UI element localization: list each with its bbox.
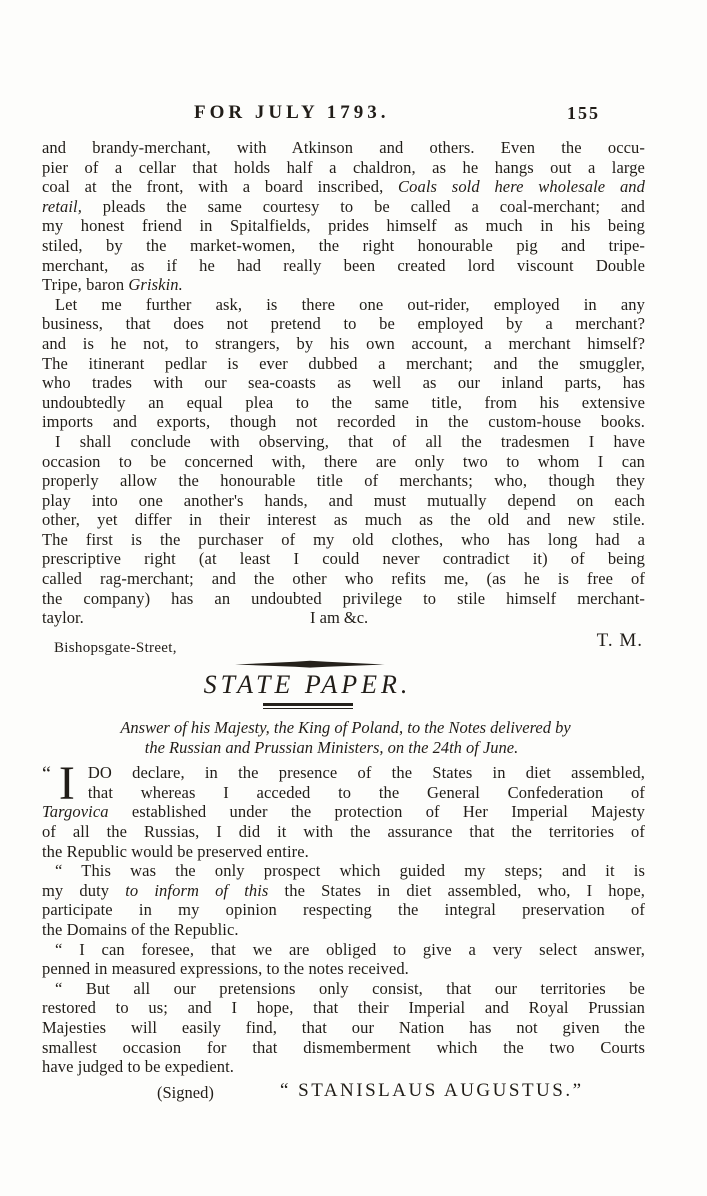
text-segment: smallest occasion for that dismemberment… (42, 1038, 645, 1057)
text-segment: Tripe, baron (42, 275, 128, 294)
state-paper-body: “ This was the only prospect which guide… (42, 861, 645, 1077)
text-segment: “ But all our pretensions only consist, … (55, 979, 645, 998)
text-segment: to inform of this (125, 881, 268, 900)
text-segment: business, that does not pretend to be em… (42, 314, 645, 333)
text-segment: Let me further ask, is there one out-rid… (55, 295, 645, 314)
signature-place: Bishopsgate-Street, (54, 640, 177, 657)
text-segment: my duty (42, 881, 125, 900)
letter-signature: Bishopsgate-Street, T. M. (42, 630, 645, 656)
letter-body: and brandy-merchant, with Atkinson and o… (42, 138, 645, 608)
text-line: retail, pleads the same courtesy to be c… (42, 197, 645, 217)
letter-closing: taylor. I am &c. (42, 608, 645, 628)
text-line: Majesties will easily find, that our Nat… (42, 1018, 645, 1038)
page-content: and brandy-merchant, with Atkinson and o… (0, 0, 707, 1104)
text-line: DO declare, in the presence of the State… (42, 763, 645, 783)
text-segment: of all the Russias, I did it with the as… (42, 822, 645, 841)
text-line: occasion to be concerned with, there are… (42, 452, 645, 472)
text-segment: stiled, by the market-women, the right h… (42, 236, 645, 255)
first-paragraph-lines: DO declare, in the presence of the State… (42, 763, 645, 861)
text-line: merchant, as if he had really been creat… (42, 256, 645, 276)
text-line: the Republic would be preserved entire. (42, 842, 645, 862)
text-line: undoubtedly an equal plea to the same ti… (42, 393, 645, 413)
text-segment: and is he not, to strangers, by his own … (42, 334, 645, 353)
text-segment: Griskin. (128, 275, 182, 294)
text-segment: properly allow the honourable title of m… (42, 471, 645, 490)
text-line: The first is the purchaser of my old clo… (42, 530, 645, 550)
text-segment: The itinerant pedlar is ever dubbed a me… (42, 354, 645, 373)
text-segment: coal at the front, with a board inscribe… (42, 177, 398, 196)
text-line: who trades with our sea-coasts as well a… (42, 373, 645, 393)
text-line: The itinerant pedlar is ever dubbed a me… (42, 354, 645, 374)
text-segment: Targovica (42, 802, 109, 821)
text-line: have judged to be expedient. (42, 1057, 645, 1077)
document-page: FOR JULY 1793. 155 and brandy-merchant, … (0, 0, 707, 1196)
text-line: restored to us; and I hope, that their I… (42, 998, 645, 1018)
text-segment: undoubtedly an equal plea to the same ti… (42, 393, 645, 412)
text-line: prescriptive right (at least I could nev… (42, 549, 645, 569)
text-line: called rag-merchant; and the other who r… (42, 569, 645, 589)
section-title: STATE PAPER. (6, 669, 609, 701)
text-segment: my honest friend in Spitalfields, prides… (42, 216, 645, 235)
text-segment: imports and exports, though not recorded… (42, 412, 645, 431)
text-line: and is he not, to strangers, by his own … (42, 334, 645, 354)
heading-line: Answer of his Majesty, the King of Polan… (44, 718, 647, 738)
text-segment: and brandy-merchant, with Atkinson and o… (42, 138, 645, 157)
text-line: play into one another's hands, and must … (42, 491, 645, 511)
text-segment: “ I can foresee, that we are obliged to … (55, 940, 645, 959)
text-segment: Majesties will easily find, that our Nat… (42, 1018, 645, 1037)
text-segment: play into one another's hands, and must … (42, 491, 645, 510)
text-line: imports and exports, though not recorded… (42, 412, 645, 432)
text-line: penned in measured expressions, to the n… (42, 959, 645, 979)
swelled-rule-divider (235, 656, 385, 665)
text-line: properly allow the honourable title of m… (42, 471, 645, 491)
text-line: Tripe, baron Griskin. (42, 275, 645, 295)
text-line: my duty to inform of this the States in … (42, 881, 645, 901)
text-segment: that whereas I acceded to the General Co… (88, 783, 645, 802)
text-line: coal at the front, with a board inscribe… (42, 177, 645, 197)
text-segment: pleads the same courtesy to be called a … (82, 197, 645, 216)
text-line: “ But all our pretensions only consist, … (42, 979, 645, 999)
text-line: business, that does not pretend to be em… (42, 314, 645, 334)
signed-name: “ STANISLAUS AUGUSTUS.” (280, 1080, 584, 1102)
text-segment: called rag-merchant; and the other who r… (42, 569, 645, 588)
closing-word: taylor. (42, 608, 84, 627)
text-line: pier of a cellar that holds half a chald… (42, 158, 645, 178)
signed-label: (Signed) (157, 1083, 214, 1103)
text-segment: merchant, as if he had really been creat… (42, 256, 645, 275)
text-segment: who trades with our sea-coasts as well a… (42, 373, 645, 392)
text-segment: retail, (42, 197, 82, 216)
text-segment: DO declare, in the presence of the State… (88, 763, 645, 782)
state-paper-heading: Answer of his Majesty, the King of Polan… (42, 718, 645, 757)
text-segment: established under the protection of Her … (109, 802, 645, 821)
text-segment: the company) has an undoubted privilege … (42, 589, 645, 608)
text-line: and brandy-merchant, with Atkinson and o… (42, 138, 645, 158)
open-quote: “ (42, 765, 51, 783)
text-segment: The first is the purchaser of my old clo… (42, 530, 645, 549)
valediction: I am &c. (310, 608, 368, 628)
text-line: of all the Russias, I did it with the as… (42, 822, 645, 842)
text-line: that whereas I acceded to the General Co… (42, 783, 645, 803)
text-line: the Domains of the Republic. (42, 920, 645, 940)
text-line: Let me further ask, is there one out-rid… (42, 295, 645, 315)
text-segment: penned in measured expressions, to the n… (42, 959, 409, 978)
title-rule (263, 703, 353, 709)
text-segment: the Republic would be preserved entire. (42, 842, 309, 861)
text-segment: the Domains of the Republic. (42, 920, 239, 939)
text-segment: restored to us; and I hope, that their I… (42, 998, 645, 1017)
text-line: other, yet differ in their interest as m… (42, 510, 645, 530)
text-line: participate in my opinion respecting the… (42, 900, 645, 920)
text-line: Targovica established under the protecti… (42, 802, 645, 822)
text-line: my honest friend in Spitalfields, prides… (42, 216, 645, 236)
text-segment: Coals sold here wholesale and (398, 177, 645, 196)
text-line: “ I can foresee, that we are obliged to … (42, 940, 645, 960)
swelled-rule-icon (235, 660, 385, 669)
text-segment: participate in my opinion respecting the… (42, 900, 645, 919)
signed-row: (Signed) “ STANISLAUS AUGUSTUS.” (42, 1080, 645, 1104)
text-line: stiled, by the market-women, the right h… (42, 236, 645, 256)
text-line: the company) has an undoubted privilege … (42, 589, 645, 609)
text-segment: other, yet differ in their interest as m… (42, 510, 645, 529)
text-segment: occasion to be concerned with, there are… (42, 452, 645, 471)
signature-initials: T. M. (597, 630, 643, 652)
text-segment: prescriptive right (at least I could nev… (42, 549, 645, 568)
heading-line: the Russian and Prussian Ministers, on t… (30, 738, 633, 758)
text-segment: pier of a cellar that holds half a chald… (42, 158, 645, 177)
text-line: smallest occasion for that dismemberment… (42, 1038, 645, 1058)
drop-cap: I (59, 764, 75, 802)
text-line: “ This was the only prospect which guide… (42, 861, 645, 881)
text-line: I shall conclude with observing, that of… (42, 432, 645, 452)
text-segment: “ This was the only prospect which guide… (55, 861, 645, 880)
text-segment: the States in diet assembled, who, I hop… (268, 881, 645, 900)
state-paper-first-paragraph: “ I DO declare, in the presence of the S… (42, 763, 645, 861)
text-segment: I shall conclude with observing, that of… (55, 432, 645, 451)
text-segment: have judged to be expedient. (42, 1057, 234, 1076)
